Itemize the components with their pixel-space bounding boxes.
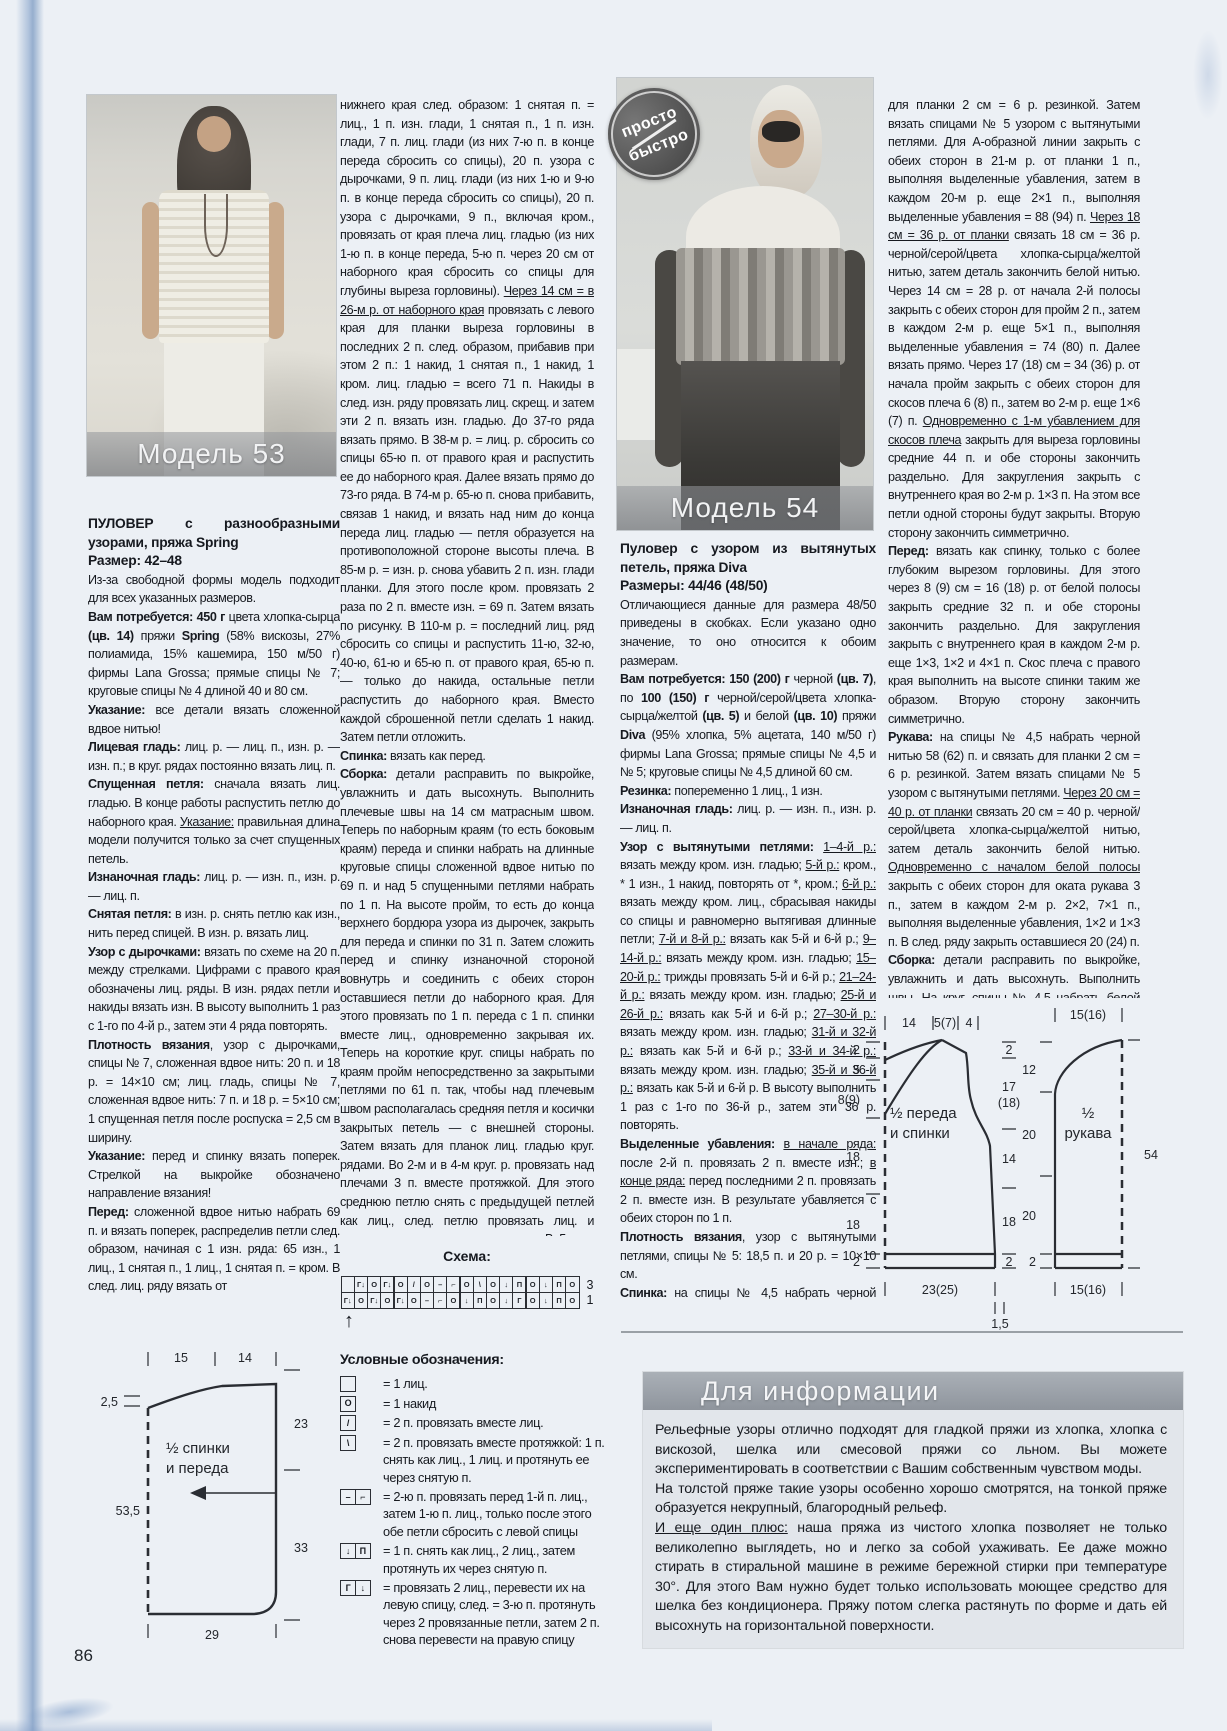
measurement-label: 4 (966, 1016, 973, 1030)
chart-symbol-box: \ (340, 1435, 356, 1451)
scan-edge-strip (16, 0, 44, 1731)
paragraph: Указание: все детали вязать сложенной вд… (88, 701, 340, 738)
page-number: 86 (74, 1646, 93, 1666)
chart-symbol: \ (340, 1434, 376, 1486)
measurement-label: 14 (238, 1351, 252, 1365)
measurement-label: 2 (853, 1255, 860, 1269)
measurement-label: 23 (294, 1417, 308, 1431)
measurement-label: 2,5 (101, 1395, 118, 1409)
paragraph: Плотность вязания, узор с дырочками, спи… (88, 1036, 340, 1148)
schematic-model53: 15 14 2,5 53,5 23 33 29 ½ спинки и перед… (80, 1312, 320, 1657)
scan-corner-artifact (1193, 30, 1223, 120)
paragraph: Рукава: на спицы № 4,5 набрать черной ни… (888, 728, 1140, 951)
sunglasses (762, 121, 800, 142)
chart-symbol: O (340, 1395, 376, 1412)
measurement-label: 20 (1022, 1128, 1036, 1142)
legend-item: ↓П= 1 п. снять как лиц., 2 лиц., затем п… (340, 1542, 608, 1576)
legend-title: Условные обозначения: (340, 1352, 608, 1368)
legend-text: = провязать 2 лиц., перевести их на леву… (383, 1579, 608, 1648)
piece-label: и спинки (890, 1125, 950, 1142)
model-arm (266, 202, 283, 339)
legend-item: O= 1 накид (340, 1395, 608, 1412)
chart-symbol (340, 1375, 376, 1392)
measurement-label: (18) (998, 1096, 1020, 1110)
paragraph: Спинка: вязать как перед. (340, 747, 594, 766)
model-53-caption: Модель 53 (87, 432, 336, 476)
paragraph: нижнего края след. образом: 1 снятая п. … (340, 96, 594, 747)
paragraph: Сборка: детали расправить по выкройке, у… (888, 951, 1140, 998)
chart-symbol: –⌐ (340, 1488, 376, 1540)
measurement-label: 5(7) (934, 1016, 956, 1030)
necklace (204, 194, 228, 257)
measurement-label: 5 (853, 1063, 860, 1077)
measurement-label: 20 (1022, 1209, 1036, 1223)
knit-direction-arrow-icon (190, 1486, 206, 1500)
paragraph: Узор с дырочками: вязать по схеме на 20 … (88, 943, 340, 1036)
paragraph: Изнаночная гладь: лиц. р. — изн. п., изн… (88, 868, 340, 905)
legend-item: = 1 лиц. (340, 1375, 608, 1392)
paragraph: Сборка: детали расправить по выкройке, у… (340, 765, 594, 1236)
measurement-label: 14 (1002, 1152, 1016, 1166)
chart-symbol-box: П (355, 1543, 371, 1559)
back-front-outline (124, 1352, 300, 1638)
paragraph: Размер: 42–48 (88, 552, 340, 571)
caption-text: Модель 54 (671, 492, 819, 524)
article-column-4: для планки 2 см = 6 р. резинкой. Затем в… (888, 96, 1140, 998)
measurement-label: 2 (853, 1043, 860, 1057)
measurement-label: 18 (846, 1218, 860, 1232)
chart-symbol-box (340, 1376, 356, 1392)
measurement-label: 33 (294, 1541, 308, 1555)
schematic-model54: 14 5(7) 4 2 5 8(9) 18 18 2 2 17 (18) 14 … (790, 996, 1227, 1336)
chart-symbol-box: ⌐ (355, 1489, 371, 1505)
info-box: Для информации Рельефные узоры отлично п… (643, 1372, 1183, 1648)
paragraph: И еще один плюс: наша пряжа из чистого х… (655, 1519, 1167, 1637)
piece-label: ½ переда (890, 1105, 957, 1122)
measurement-label: 18 (1002, 1215, 1016, 1229)
chart-row-number: 1 (587, 1293, 594, 1307)
sweater-striped-band (676, 248, 845, 366)
chart-symbol-box: / (340, 1415, 356, 1431)
measurement-label: 54 (1144, 1148, 1158, 1162)
section-divider (621, 1331, 1183, 1333)
symbol-legend: Условные обозначения: = 1 лиц.O= 1 накид… (340, 1352, 608, 1651)
legend-text: = 2 п. провязать вместе лиц. (383, 1414, 608, 1431)
measurement-label: 23(25) (922, 1283, 958, 1297)
paragraph: Изнаночная гладь: лиц. р. — изн. п., изн… (620, 800, 876, 837)
sweater-white-yoke (686, 186, 840, 254)
legend-item: –⌐= 2-ю п. провязать перед 1-й п. лиц., … (340, 1488, 608, 1540)
chart-symbol: Г↓ (340, 1579, 376, 1648)
chart-symbol-box: ↓ (355, 1580, 371, 1596)
measurement-label: 1,5 (991, 1317, 1008, 1331)
legend-text: = 1 накид (383, 1395, 608, 1412)
chart-title: Схема: (340, 1248, 594, 1264)
piece-label: ½ спинки (166, 1440, 230, 1457)
chart-row: Г↓OГ↓O/O–⌐O\O↓ПO↓ПO3 (341, 1276, 594, 1293)
sleeve-outline (1040, 1008, 1140, 1296)
info-box-body: Рельефные узоры отлично подходят для гла… (643, 1410, 1183, 1647)
paragraph: Резинка: попеременно 1 лиц., 1 изн. (620, 782, 876, 801)
measurement-label: 18 (846, 1150, 860, 1164)
measurement-label: 15(16) (1070, 1283, 1106, 1297)
paragraph: Указание: перед и спинку вязать поперек.… (88, 1147, 340, 1203)
chart-symbol-box: Г (340, 1580, 356, 1596)
scan-bottom-artifact (0, 1719, 712, 1731)
piece-label: ½ (1082, 1105, 1095, 1122)
measurement-label: 12 (1022, 1063, 1036, 1077)
paragraph: Вам потребуется: 150 (200) г черной (цв.… (620, 670, 876, 782)
measurement-label: 14 (902, 1016, 916, 1030)
legend-item: \= 2 п. провязать вместе протяжкой: 1 п.… (340, 1434, 608, 1486)
info-box-title: Для информации (701, 1376, 940, 1407)
paragraph: Перед: вязать как спинку, только с более… (888, 542, 1140, 728)
legend-text: = 2-ю п. провязать перед 1-й п. лиц., за… (383, 1488, 608, 1540)
paragraph: Из-за свободной формы модель подходит дл… (88, 571, 340, 608)
legend-text: = 2 п. провязать вместе протяжкой: 1 п. … (383, 1434, 608, 1486)
paragraph: Размеры: 44/46 (48/50) (620, 577, 876, 596)
chart-cell: O (565, 1276, 580, 1293)
paragraph: ПУЛОВЕР с разнообразными узорами, пряжа … (88, 515, 340, 552)
paragraph: Лицевая гладь: лиц. р. — лиц. п., изн. р… (88, 738, 340, 775)
legend-text: = 1 п. снять как лиц., 2 лиц., затем про… (383, 1542, 608, 1576)
paragraph: Снятая петля: в изн. р. снять петлю как … (88, 905, 340, 942)
paragraph: для планки 2 см = 6 р. резинкой. Затем в… (888, 96, 1140, 542)
piece-label: рукава (1064, 1125, 1112, 1142)
article-column-2: нижнего края след. образом: 1 снятая п. … (340, 96, 594, 1236)
caption-text: Модель 53 (137, 438, 285, 470)
measurement-label: 2 (1006, 1043, 1013, 1057)
chart-symbol: ↓П (340, 1542, 376, 1576)
stitch-chart: Г↓OГ↓O/O–⌐O\O↓ПO↓ПO3Г↓OГ↓OГ↓O–⌐O↓ПO↓ГO↓П… (341, 1276, 594, 1309)
measurement-label: 29 (205, 1628, 219, 1642)
legend-item: /= 2 п. провязать вместе лиц. (340, 1414, 608, 1431)
chart-cell: O (565, 1292, 580, 1309)
paragraph: Отличающиеся данные для размера 48/50 пр… (620, 596, 876, 670)
paragraph: Перед: сложенной вдвое нитью набрать 69 … (88, 1203, 340, 1293)
paragraph: Пуловер с узором из вытянутых петель, пр… (620, 540, 876, 577)
paragraph: На толстой пряже такие узоры особенно хо… (655, 1480, 1167, 1519)
model-53-photo: Модель 53 (87, 95, 336, 476)
measurement-label: 53,5 (116, 1504, 140, 1518)
measurement-label: 15(16) (1070, 1008, 1106, 1022)
front-back-outline (866, 1016, 1016, 1314)
paragraph: Вам потребуется: 450 г цвета хлопка-сырц… (88, 608, 340, 701)
article-column-model53: ПУЛОВЕР с разнообразными узорами, пряжа … (88, 515, 340, 1293)
paragraph: Рельефные узоры отлично подходят для гла… (655, 1421, 1167, 1480)
chart-symbol: / (340, 1414, 376, 1431)
model-54-caption: Модель 54 (617, 486, 873, 530)
measurement-label: 17 (1002, 1080, 1016, 1094)
measurement-label: 2 (1029, 1255, 1036, 1269)
chart-start-arrow-icon: ↑ (344, 1311, 594, 1331)
measurement-label: 15 (174, 1351, 188, 1365)
chart-symbol-box: O (340, 1396, 356, 1412)
info-box-header: Для информации (643, 1372, 1183, 1410)
measurement-label: 8(9) (838, 1093, 860, 1107)
legend-items: = 1 лиц.O= 1 накид/= 2 п. провязать вмес… (340, 1375, 608, 1648)
chart-row-number: 3 (587, 1278, 594, 1292)
measurement-label: 2 (1006, 1255, 1013, 1269)
piece-label: и переда (166, 1460, 229, 1477)
model-arm (142, 202, 159, 339)
legend-text: = 1 лиц. (383, 1375, 608, 1392)
chart-row: Г↓OГ↓OГ↓O–⌐O↓ПO↓ГO↓ПO1 (341, 1292, 594, 1309)
paragraph: Спущенная петля: сначала вязать лиц. гла… (88, 775, 340, 868)
stitch-chart-section: Схема: Г↓OГ↓O/O–⌐O\O↓ПO↓ПO3Г↓OГ↓OГ↓O–⌐O↓… (340, 1248, 594, 1331)
chart-symbol-box: – (340, 1489, 356, 1505)
legend-item: Г↓= провязать 2 лиц., перевести их на ле… (340, 1579, 608, 1648)
chart-symbol-box: ↓ (340, 1543, 356, 1559)
